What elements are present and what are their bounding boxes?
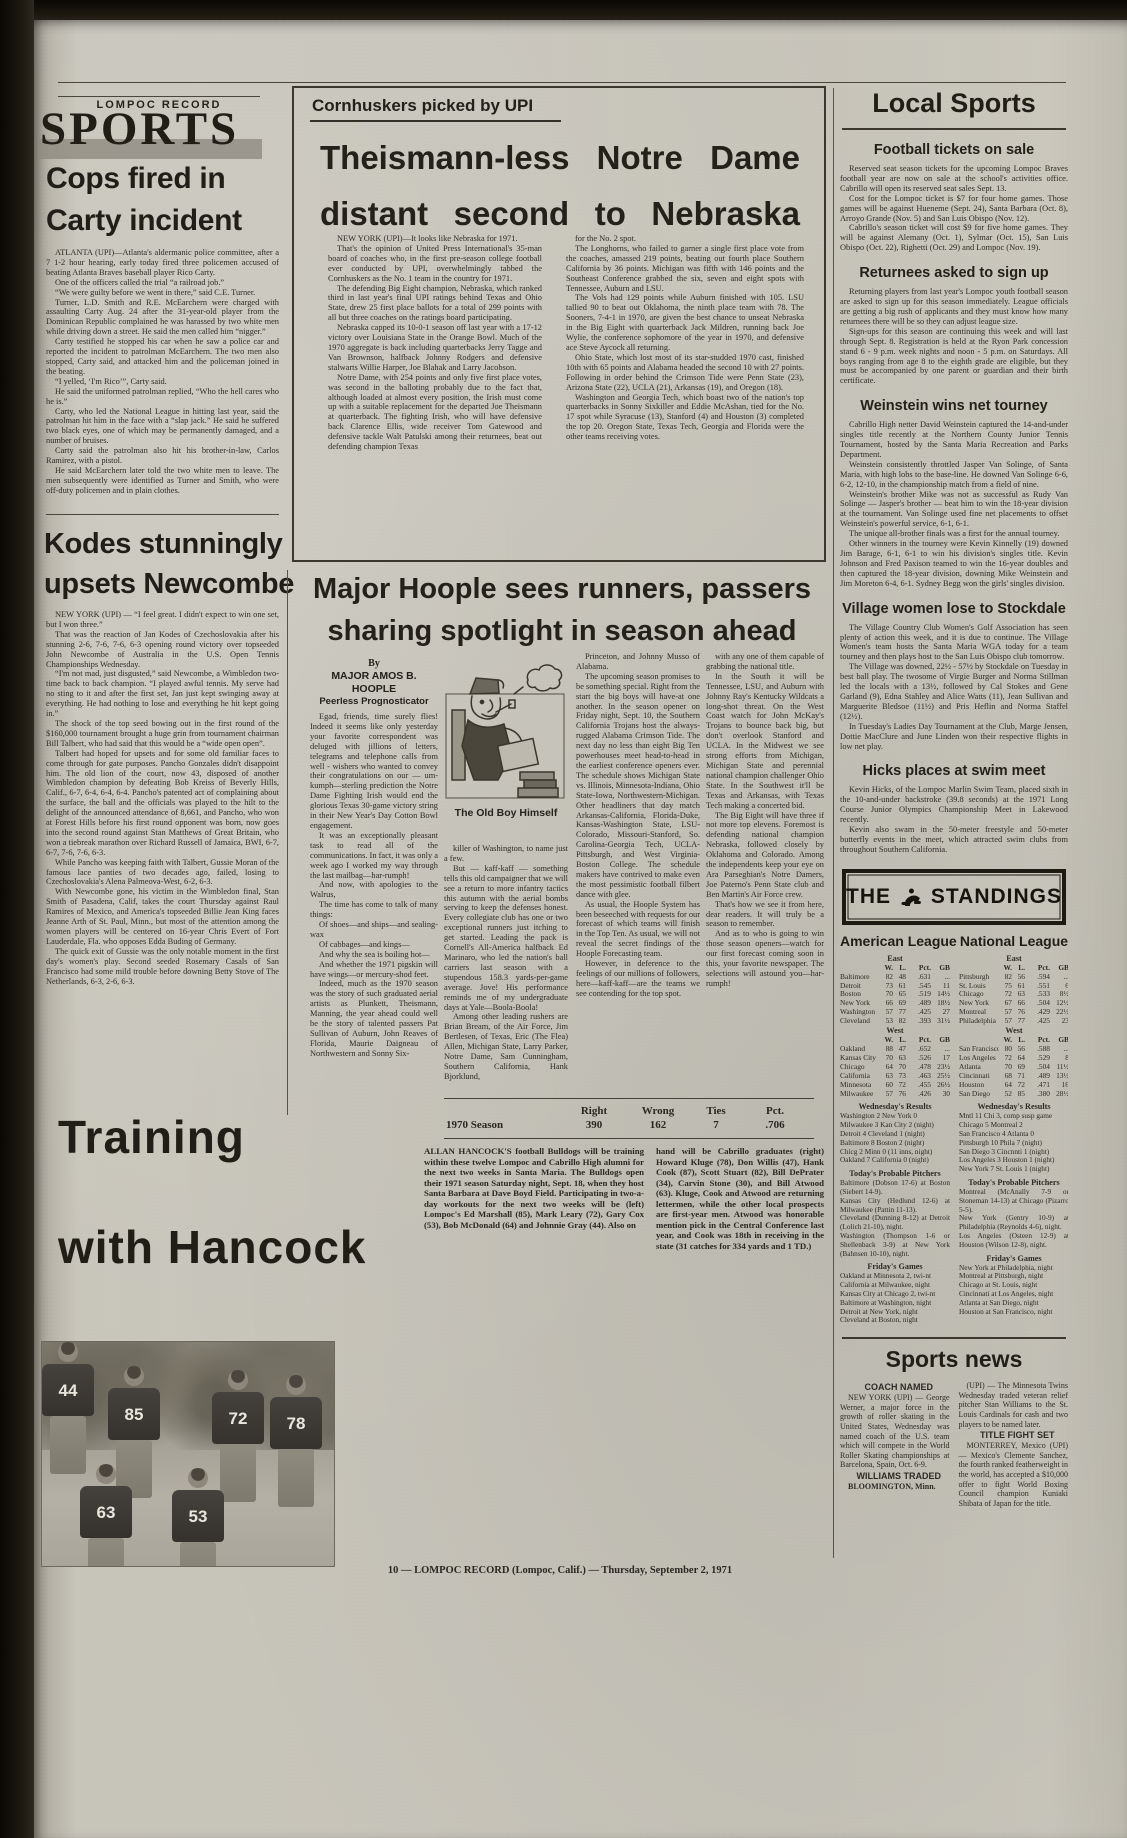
standings-banner: THE STANDINGS: [842, 869, 1066, 925]
paragraph: Of cabbages—and kings—: [310, 940, 438, 950]
paragraph: And as to who is going to win those seas…: [706, 929, 824, 988]
notredame-headline-line1: Theismann-less Notre Dame: [320, 130, 800, 186]
hoople-headline-line1: Major Hoople sees runners, passers: [300, 568, 824, 610]
paragraph: In Tuesday's Ladies Day Tournament at th…: [840, 722, 1068, 752]
paragraph: Weinstein consistently throttled Jasper …: [840, 460, 1068, 490]
paragraph: Cost for the Lompoc ticket is $7 for fou…: [840, 194, 1068, 224]
al-pitchers: Baltimore (Dobson 17-6) at Boston (Siebe…: [840, 1179, 950, 1258]
paragraph: with any one of them capable of grabbing…: [706, 652, 824, 672]
paragraph: Of shoes—and ships—and sealing-wax: [310, 920, 438, 940]
notredame-headline: Theismann-less Notre Dame distant second…: [320, 130, 800, 242]
paragraph: The time has come to talk of many things…: [310, 900, 438, 920]
pitcher-line: Cleveland (Dunning 8-12) at Detroit (Lol…: [840, 1214, 950, 1232]
result-line: San Francisco 4 Atlanta 0: [959, 1130, 1068, 1139]
team-name: St. Louis: [959, 982, 999, 991]
jersey-number: 53: [172, 1490, 224, 1542]
paragraph: for the No. 2 spot.: [566, 234, 804, 244]
coach-named-body: NEW YORK (UPI) — George Werner, a major …: [840, 1393, 950, 1470]
paragraph: The Village was downed, 22½ - 57½ by Sto…: [840, 662, 1068, 721]
player-legs: [220, 1444, 256, 1502]
pitcher-line: Montreal (McAnally 7-9 or Stoneman 14-13…: [959, 1188, 1068, 1214]
section-body-football-tickets: Reserved seat season tickets for the upc…: [840, 164, 1068, 253]
american-league-title: American League: [840, 933, 950, 950]
paragraph: However, in deference to the feelings of…: [576, 959, 700, 999]
section-body-village-women: The Village Country Club Women's Golf As…: [840, 623, 1068, 752]
paragraph: “I'm not mad, just disgusted,” said Newc…: [46, 669, 279, 719]
paragraph: Carty testified he stopped his car when …: [46, 337, 279, 377]
local-sports-column: Local Sports Football tickets on sale Re…: [840, 88, 1068, 1820]
player-head: [228, 1370, 248, 1390]
jersey-number: 63: [80, 1486, 132, 1538]
nl-east-label: East: [959, 954, 1068, 964]
jersey-number: 44: [42, 1364, 94, 1416]
paragraph: And now, with apologies to the Walrus,: [310, 880, 438, 900]
result-line: Oakland 7 California 0 (night): [840, 1156, 950, 1165]
paragraph: Egad, friends, time surely flies! Indeed…: [310, 712, 438, 831]
jersey-number: 72: [212, 1392, 264, 1444]
record-header-wrong: Wrong: [626, 1104, 690, 1118]
team-name: Baltimore: [840, 973, 880, 982]
al-west-rows: Oakland 88 47 .652 ... Kansas City 70 63…: [840, 1045, 950, 1098]
paragraph: But — kaff-kaff — something tells this o…: [444, 864, 568, 1013]
record-data-row: 1970 Season 390 162 7 .706: [444, 1118, 814, 1132]
game-line: Cleveland at Boston, night: [840, 1316, 950, 1325]
paragraph: Sign-ups for this season are continuing …: [840, 327, 1068, 386]
paragraph: As usual, the Hoople System has been bes…: [576, 900, 700, 959]
al-friday-label: Friday's Games: [840, 1261, 950, 1272]
paragraph: It was an exceptionally pleasant task to…: [310, 831, 438, 881]
football-player: 53: [172, 1468, 224, 1566]
major-hoople-cartoon-drawing: [444, 650, 568, 800]
team-name: Atlanta: [959, 1063, 999, 1072]
paragraph: The quick exit of Gussie was the only no…: [46, 947, 279, 987]
team-name: Boston: [840, 990, 880, 999]
page-top-rule: [58, 82, 1066, 83]
section-heading-returnees: Returnees asked to sign up: [840, 265, 1068, 282]
wins: 53: [880, 1017, 893, 1026]
result-line: Pittsburgh 10 Phila 7 (night): [959, 1139, 1068, 1148]
jersey-number: 78: [270, 1397, 322, 1449]
hoople-column-4: with any one of them capable of grabbing…: [706, 652, 824, 1092]
standings-row: Cincinnati 68 71 .489 13½: [959, 1072, 1068, 1081]
result-line: Milwaukee 3 Kan City 2 (night): [840, 1121, 950, 1130]
player-head: [124, 1366, 144, 1386]
standings-row: Pittsburgh 82 56 .594 ...: [959, 973, 1068, 982]
games-back: 30: [931, 1090, 950, 1099]
paragraph: In the South it will be Tennessee, LSU, …: [706, 672, 824, 811]
hoople-headline: Major Hoople sees runners, passers shari…: [300, 568, 824, 652]
paragraph: He said McEarchern later told the two wh…: [46, 466, 279, 496]
standings-row: Houston 64 72 .471 16: [959, 1081, 1068, 1090]
paragraph: Washington and Georgia Tech, which boast…: [566, 393, 804, 443]
paragraph: Carty, who led the National League in hi…: [46, 407, 279, 447]
carty-body: ATLANTA (UPI)—Atlanta's aldermanic polic…: [46, 248, 279, 510]
record-header-right: Right: [562, 1104, 626, 1118]
pitcher-line: Washington (Thompson 1-6 or Shellenback …: [840, 1232, 950, 1258]
hoople-record-table: Right Wrong Ties Pct. 1970 Season 390 16…: [444, 1098, 814, 1139]
al-east-header: W. L. Pct. GB: [840, 964, 950, 973]
paragraph: Indeed, much as the 1970 season was the …: [310, 979, 438, 1058]
scan-edge-top: [0, 0, 1127, 20]
standings-row: Boston 70 65 .519 14½: [840, 990, 950, 999]
hoople-byline: By MAJOR AMOS B. HOOPLE Peerless Prognos…: [310, 658, 438, 708]
paragraph: With Newcombe gone, his victim in the Wi…: [46, 887, 279, 946]
notredame-column-1: NEW YORK (UPI)—It looks like Nebraska fo…: [328, 234, 542, 554]
team-name: New York: [959, 999, 999, 1008]
standings-banner-the: THE: [846, 886, 891, 908]
game-line: Oakland at Minnesota 2, twi-nt: [840, 1272, 950, 1281]
paragraph: Kevin Hicks, of the Lompoc Marlin Swim T…: [840, 785, 1068, 825]
paragraph: Nebraska capped its 10-0-1 season off la…: [328, 323, 542, 373]
section-heading-weinstein: Weinstein wins net tourney: [840, 398, 1068, 415]
record-header-pct: Pct.: [742, 1104, 808, 1118]
player-legs: [50, 1416, 86, 1474]
al-east-rows: Baltimore 82 48 .631 ... Detroit 73 61 .…: [840, 973, 950, 1026]
paragraph: That was the reaction of Jan Kodes of Cz…: [46, 630, 279, 670]
paragraph: Cabrillo's season ticket will cost $9 fo…: [840, 223, 1068, 253]
standings-row: Minnesota 60 72 .455 26½: [840, 1081, 950, 1090]
paragraph: Weinstein's brother Mike was not as succ…: [840, 490, 1068, 530]
standings-row: Chicago 64 70 .478 23½: [840, 1063, 950, 1072]
losses: 76: [893, 1090, 906, 1099]
standings-tables: American League East W. L. Pct. GB Balti…: [840, 933, 1068, 1325]
result-line: New York 7 St. Louis 1 (night): [959, 1165, 1068, 1174]
team-name: San Diego: [959, 1090, 999, 1099]
al-results: Washington 2 New York 0Milwaukee 3 Kan C…: [840, 1112, 950, 1165]
team-name: Oakland: [840, 1045, 880, 1054]
pitcher-line: Kansas City (Hedlund 12-6) at Milwaukee …: [840, 1197, 950, 1215]
page-folio: 10 — LOMPOC RECORD (Lompoc, Calif.) — Th…: [250, 1564, 870, 1577]
pct: .393: [906, 1017, 931, 1026]
standings-row: San Diego 52 85 .380 28½: [959, 1090, 1068, 1099]
section-heading-hicks: Hicks places at swim meet: [840, 763, 1068, 780]
pct: .426: [906, 1090, 931, 1099]
al-pitchers-label: Today's Probable Pitchers: [840, 1168, 950, 1179]
wins: 57: [999, 1017, 1012, 1026]
title-fight-body: MONTERREY, Mexico (UPI) — Mexico's Cleme…: [959, 1441, 1069, 1508]
losses: 77: [1012, 1017, 1025, 1026]
al-west-label: West: [840, 1026, 950, 1036]
standings-row: Montreal 57 76 .429 22½: [959, 1008, 1068, 1017]
standings-row: Detroit 73 61 .545 11: [840, 982, 950, 991]
paragraph: And why the sea is boiling hot—: [310, 950, 438, 960]
hoople-column-1: Egad, friends, time surely flies! Indeed…: [310, 712, 438, 1114]
paragraph: The Village Country Club Women's Golf As…: [840, 623, 1068, 663]
national-league-table: National League East W. L. Pct. GB Pitts…: [959, 933, 1068, 1325]
losses: 82: [893, 1017, 906, 1026]
al-friday-games: Oakland at Minnesota 2, twi-ntCalifornia…: [840, 1272, 950, 1325]
standings-row: Philadelphia 57 77 .425 23: [959, 1017, 1068, 1026]
paragraph: NEW YORK (UPI)—It looks like Nebraska fo…: [328, 234, 542, 244]
team-name: Kansas City: [840, 1054, 880, 1063]
paragraph: That's the opinion of United Press Inter…: [328, 244, 542, 284]
paragraph: The Vols had 129 points while Auburn fin…: [566, 293, 804, 352]
coach-named-heading: COACH NAMED: [840, 1381, 950, 1393]
section-body-returnees: Returning players from last year's Lompo…: [840, 287, 1068, 386]
paragraph: The upcoming season promises to be somet…: [576, 672, 700, 900]
cartoon-caption: The Old Boy Himself: [444, 807, 568, 820]
kodes-headline: Kodes stunningly upsets Newcombe: [44, 524, 294, 604]
standings-banner-word: STANDINGS: [931, 886, 1062, 908]
games-back: 31½: [931, 1017, 950, 1026]
standings-row: Milwaukee 57 76 .426 30: [840, 1090, 950, 1099]
paragraph: The defending Big Eight champion, Nebras…: [328, 284, 542, 324]
game-line: New York at Philadelphia, night: [959, 1264, 1068, 1273]
team-name: Chicago: [840, 1063, 880, 1072]
player-head: [58, 1342, 78, 1362]
team-name: Philadelphia: [959, 1017, 999, 1026]
game-line: Baltimore at Washington, night: [840, 1299, 950, 1308]
paragraph: While Pancho was keeping faith with Talb…: [46, 858, 279, 888]
nl-west-header: W. L. Pct. GB: [959, 1036, 1068, 1045]
section-heading-football-tickets: Football tickets on sale: [840, 142, 1068, 159]
section-title-sports: SPORTS: [40, 104, 239, 154]
training-headline-line1: Training: [58, 1112, 245, 1162]
local-sports-title: Local Sports: [840, 88, 1068, 118]
nl-east-header: W. L. Pct. GB: [959, 964, 1068, 973]
player-head: [96, 1464, 116, 1484]
byline-name: MAJOR AMOS B. HOOPLE: [310, 670, 438, 696]
record-row-label: 1970 Season: [444, 1118, 562, 1132]
record-right-value: 390: [562, 1118, 626, 1132]
carty-headline-line1: Cops fired in: [46, 158, 242, 200]
notredame-article-box: Cornhuskers picked by UPI Theismann-less…: [292, 86, 826, 562]
training-headline-line2: with Hancock: [58, 1222, 367, 1272]
paragraph: NEW YORK (UPI) — “I feel great. I didn't…: [46, 610, 279, 630]
team-name: Washington: [840, 1008, 880, 1017]
nl-results: Mntl 11 Chi 3, comp susp gameChicago 5 M…: [959, 1112, 1068, 1174]
section-heading-village-women: Village women lose to Stockdale: [840, 601, 1068, 618]
paragraph: Princeton, and Johnny Musso of Alabama.: [576, 652, 700, 672]
team-name: Minnesota: [840, 1081, 880, 1090]
nl-pitchers: Montreal (McAnally 7-9 or Stoneman 14-13…: [959, 1188, 1068, 1250]
hoople-column-2: killer of Washington, to name just a few…: [444, 844, 568, 1112]
baseball-player-icon: [899, 878, 923, 916]
sports-news-rule: [842, 1337, 1066, 1339]
nl-west-label: West: [959, 1026, 1068, 1036]
paragraph: Ohio State, which lost most of its star-…: [566, 353, 804, 393]
paragraph: Cabrillo High netter David Weinstein cap…: [840, 420, 1068, 460]
paragraph: Kevin also swam in the 50-meter freestyl…: [840, 825, 1068, 855]
result-line: Baltimore 8 Boston 2 (night): [840, 1139, 950, 1148]
result-line: Los Angeles 3 Houston 1 (night): [959, 1156, 1068, 1165]
standings-row: Washington 57 77 .425 27: [840, 1008, 950, 1017]
notredame-column-2: for the No. 2 spot.The Longhorns, who fa…: [566, 234, 804, 554]
football-player: 78: [270, 1375, 322, 1507]
standings-row: California 63 73 .463 25½: [840, 1072, 950, 1081]
standings-row: Los Angeles 72 64 .529 8: [959, 1054, 1068, 1063]
football-player: 44: [42, 1342, 94, 1474]
record-header-ties: Ties: [690, 1104, 742, 1118]
team-name: Houston: [959, 1081, 999, 1090]
paragraph: Talbert had hoped for upsets and for som…: [46, 749, 279, 858]
column-rule-left: [287, 570, 288, 1115]
pitcher-line: New York (Gentry 10-9) at Philadelphia (…: [959, 1214, 1068, 1232]
training-caption-column-1: ALLAN HANCOCK'S football Bulldogs will b…: [424, 1146, 644, 1314]
game-line: Cincinnati at Los Angeles, night: [959, 1290, 1068, 1299]
hoople-column-3: Princeton, and Johnny Musso of Alabama.T…: [576, 652, 700, 1112]
record-header-row: Right Wrong Ties Pct.: [444, 1104, 814, 1118]
team-name: Pittsburgh: [959, 973, 999, 982]
sports-news-column-1: COACH NAMED NEW YORK (UPI) — George Wern…: [840, 1381, 950, 1508]
nl-west-rows: San Francisco 80 56 .588 ... Los Angeles…: [959, 1045, 1068, 1098]
player-head: [188, 1468, 208, 1488]
nl-friday-games: New York at Philadelphia, nightMontreal …: [959, 1264, 1068, 1317]
standings-row: Baltimore 82 48 .631 ...: [840, 973, 950, 982]
section-body-hicks: Kevin Hicks, of the Lompoc Marlin Swim T…: [840, 785, 1068, 854]
game-line: Detroit at New York, night: [840, 1308, 950, 1317]
training-caption-column-2: hand will be Cabrillo graduates (right) …: [656, 1146, 824, 1314]
player-legs: [278, 1449, 314, 1507]
jersey-number: 85: [108, 1388, 160, 1440]
scanned-newspaper-page: LOMPOC RECORD SPORTS Cops fired in Carty…: [0, 0, 1127, 1838]
player-legs: [180, 1542, 216, 1566]
paragraph: ATLANTA (UPI)—Atlanta's aldermanic polic…: [46, 248, 279, 278]
team-name: Los Angeles: [959, 1054, 999, 1063]
standings-row: New York 66 69 .489 18½: [840, 999, 950, 1008]
hoople-cartoon: The Old Boy Himself: [444, 650, 568, 838]
carty-headline-line2: Carty incident: [46, 200, 242, 242]
paragraph: Other winners in the tourney were Kevin …: [840, 539, 1068, 589]
nl-friday-label: Friday's Games: [959, 1253, 1068, 1264]
williams-dateline: BLOOMINGTON, Minn.: [840, 1482, 950, 1492]
paragraph: Among other leading rushers are Brian Br…: [444, 1012, 568, 1081]
paragraph: The Big Eight will have three if not mor…: [706, 811, 824, 900]
team-name: Cleveland: [840, 1017, 880, 1026]
team-name: New York: [840, 999, 880, 1008]
paragraph: Carty said the patrolman also hit his br…: [46, 446, 279, 466]
al-west-header: W. L. Pct. GB: [840, 1036, 950, 1045]
standings-row: Atlanta 70 69 .504 11½: [959, 1063, 1068, 1072]
record-pct-value: .706: [742, 1118, 808, 1132]
sports-news-columns: COACH NAMED NEW YORK (UPI) — George Wern…: [840, 1381, 1068, 1508]
standings-row: Kansas City 70 63 .526 17: [840, 1054, 950, 1063]
game-line: California at Milwaukee, night: [840, 1281, 950, 1290]
game-line: Montreal at Pittsburgh, night: [959, 1272, 1068, 1281]
record-wrong-value: 162: [626, 1118, 690, 1132]
nl-pitchers-label: Today's Probable Pitchers: [959, 1177, 1068, 1188]
player-head: [286, 1375, 306, 1395]
paragraph: The shock of the top seed bowing out in …: [46, 719, 279, 749]
notredame-eyebrow: Cornhuskers picked by UPI: [310, 96, 561, 122]
paragraph: Turner, L.D. Smith and R.E. McEarchern w…: [46, 298, 279, 338]
paragraph: “We were guilty before we went in there,…: [46, 288, 279, 298]
standings-row: Chicago 72 63 .533 8½: [959, 990, 1068, 999]
kodes-headline-line2: upsets Newcombe: [44, 564, 294, 604]
paragraph: Returning players from last year's Lompo…: [840, 287, 1068, 327]
losses: 85: [1012, 1090, 1025, 1099]
paragraph: The unique all-brother finals was a firs…: [840, 529, 1068, 539]
kodes-body: NEW YORK (UPI) — “I feel great. I didn't…: [46, 610, 279, 1080]
al-east-label: East: [840, 954, 950, 964]
byline-title: Peerless Prognosticator: [310, 696, 438, 708]
pct: .380: [1025, 1090, 1050, 1099]
title-fight-heading: TITLE FIGHT SET: [959, 1429, 1069, 1441]
team-name: Chicago: [959, 990, 999, 999]
standings-row: San Francisco 80 56 .588 ...: [959, 1045, 1068, 1054]
williams-traded-heading: WILLIAMS TRADED: [840, 1470, 950, 1482]
game-line: Kansas City at Chicago 2, twi-nt: [840, 1290, 950, 1299]
team-name: Milwaukee: [840, 1090, 880, 1099]
local-sports-rule: [842, 128, 1066, 130]
paragraph: One of the officers called the trial “a …: [46, 278, 279, 288]
column-rule-right: [833, 88, 834, 1558]
wins: 57: [880, 1090, 893, 1099]
games-back: 23: [1050, 1017, 1068, 1026]
paragraph: “I yelled, ‘I'm Rico’”, Carty said.: [46, 377, 279, 387]
kodes-headline-line1: Kodes stunningly: [44, 524, 294, 564]
pitcher-line: Baltimore (Dobson 17-6) at Boston (Siebe…: [840, 1179, 950, 1197]
standings-row: St. Louis 75 61 .551 6: [959, 982, 1068, 991]
carty-headline: Cops fired in Carty incident: [46, 158, 242, 242]
paragraph: That's how we see it from here, dear rea…: [706, 900, 824, 930]
games-back: 28½: [1050, 1090, 1068, 1099]
paragraph: Reserved seat season tickets for the upc…: [840, 164, 1068, 194]
game-line: Houston at San Francisco, night: [959, 1308, 1068, 1317]
paragraph: The Longhorns, who failed to garner a si…: [566, 244, 804, 294]
result-line: Detroit 4 Cleveland 1 (night): [840, 1130, 950, 1139]
player-legs: [88, 1538, 124, 1566]
standings-row: New York 67 66 .504 12½: [959, 999, 1068, 1008]
nl-east-rows: Pittsburgh 82 56 .594 ... St. Louis 75 6…: [959, 973, 1068, 1026]
sports-news-title: Sports news: [840, 1346, 1068, 1373]
standings-row: Cleveland 53 82 .393 31½: [840, 1017, 950, 1026]
team-name: San Francisco: [959, 1045, 999, 1054]
scan-edge-left: [0, 0, 34, 1838]
paragraph: Notre Dame, with 254 points and only fiv…: [328, 373, 542, 452]
byline-by: By: [310, 658, 438, 670]
sports-news-column-2: (UPI) — The Minnesota Twins Wednesday tr…: [959, 1381, 1069, 1508]
paragraph: And whether the 1971 pigskin will have w…: [310, 960, 438, 980]
al-results-label: Wednesday's Results: [840, 1101, 950, 1112]
nl-results-label: Wednesday's Results: [959, 1101, 1068, 1112]
article-separator: [46, 514, 279, 515]
result-line: Chicg 2 Minn 0 (11 inns, night): [840, 1148, 950, 1157]
paragraph: killer of Washington, to name just a few…: [444, 844, 568, 864]
williams-traded-body: (UPI) — The Minnesota Twins Wednesday tr…: [959, 1381, 1069, 1429]
wins: 52: [999, 1090, 1012, 1099]
result-line: Washington 2 New York 0: [840, 1112, 950, 1121]
national-league-title: National League: [959, 933, 1068, 950]
pitcher-line: Los Angeles (Osteen 12-9) at Houston (Wi…: [959, 1232, 1068, 1250]
game-line: Chicago at St. Louis, night: [959, 1281, 1068, 1290]
hoople-headline-line2: sharing spotlight in season ahead: [300, 610, 824, 652]
team-name: Montreal: [959, 1008, 999, 1017]
standings-row: Oakland 88 47 .652 ...: [840, 1045, 950, 1054]
team-name: Detroit: [840, 982, 880, 991]
masthead-rule: [58, 96, 260, 97]
result-line: Chicago 5 Montreal 2: [959, 1121, 1068, 1130]
result-line: San Diego 3 Cincnnti 1 (night): [959, 1148, 1068, 1157]
game-line: Atlanta at San Diego, night: [959, 1299, 1068, 1308]
team-name: California: [840, 1072, 880, 1081]
team-name: Cincinnati: [959, 1072, 999, 1081]
pct: .425: [1025, 1017, 1050, 1026]
american-league-table: American League East W. L. Pct. GB Balti…: [840, 933, 950, 1325]
paragraph: He said the uniformed patrolman replied,…: [46, 387, 279, 407]
record-ties-value: 7: [690, 1118, 742, 1132]
football-player: 63: [80, 1464, 132, 1566]
football-players-photo: 85 72 78 63 53: [42, 1342, 334, 1566]
section-body-weinstein: Cabrillo High netter David Weinstein cap…: [840, 420, 1068, 588]
result-line: Mntl 11 Chi 3, comp susp game: [959, 1112, 1068, 1121]
